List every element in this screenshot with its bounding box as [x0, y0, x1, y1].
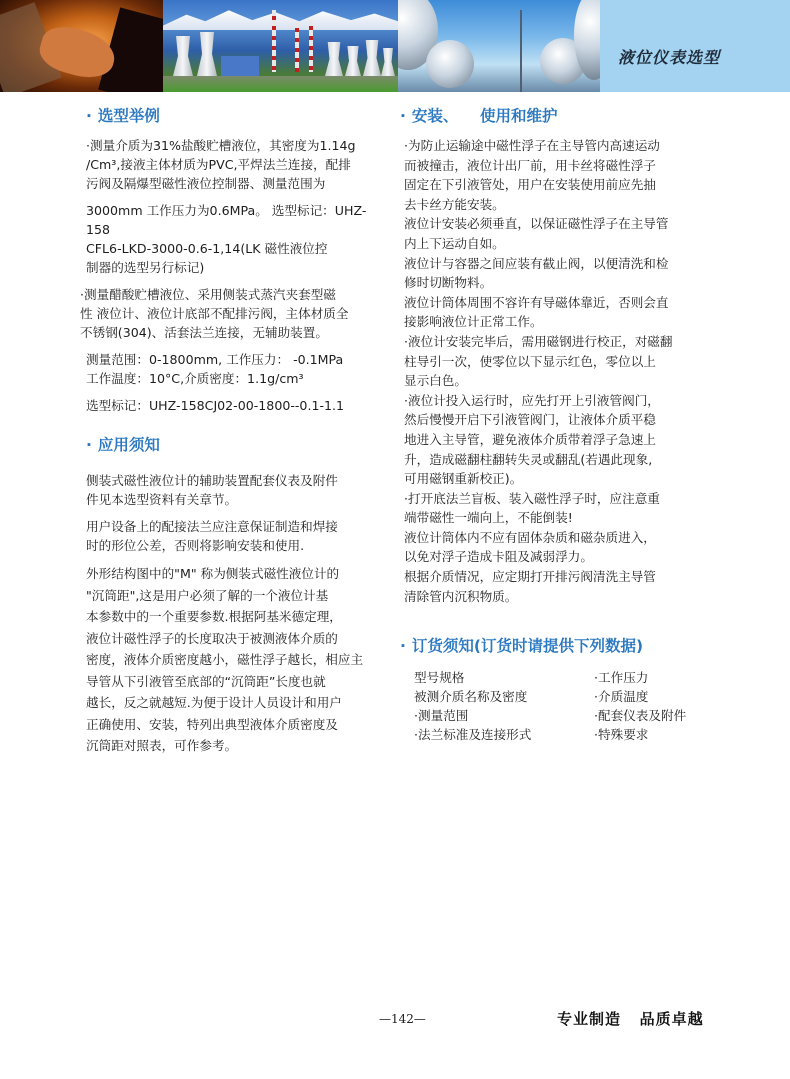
page-category-title: 液位仪表选型	[618, 45, 720, 68]
section-title-ordering-info: ·订货须知(订货时请提供下列数据)	[400, 634, 704, 658]
order-item: ·配套仪表及附件	[594, 706, 714, 725]
order-item: ·法兰标准及连接形式	[414, 725, 594, 744]
footer-slogan: 专业制造 品质卓越	[557, 1008, 704, 1029]
handshake-photo	[0, 0, 163, 92]
left-column: ·选型举例 ·测量介质为31%盐酸贮槽液位，其密度为1.14g /Cm³,接液主…	[86, 104, 378, 757]
section-title-application-notes: ·应用须知	[86, 433, 378, 457]
section-title-selection-examples: ·选型举例	[86, 104, 378, 128]
example-1: ·测量介质为31%盐酸贮槽液位，其密度为1.14g /Cm³,接液主体材质为PV…	[86, 136, 378, 277]
order-item: ·特殊要求	[594, 725, 714, 744]
order-item: ·介质温度	[594, 687, 714, 706]
application-para-2: 用户设备上的配接法兰应注意保证制造和焊接 时的形位公差，否则将影响安装和使用.	[86, 517, 378, 555]
right-column: ·安装、 使用和维护 ·为防止运输途中磁性浮子在主导管内高速运动 而被撞击，液位…	[404, 104, 704, 744]
page-number: —142—	[379, 1012, 426, 1026]
power-plant-photo	[163, 0, 398, 92]
order-item: ·测量范围	[414, 706, 594, 725]
order-item: 型号规格	[414, 668, 594, 687]
application-para-3: 外形结构图中的"M" 称为侧装式磁性液位计的 "沉筒距",这是用户必须了解的一个…	[86, 563, 378, 757]
storage-tanks-photo	[398, 0, 600, 92]
application-para-1: 侧装式磁性液位计的辅助装置配套仪表及附件 件见本选型资料有关章节。	[86, 471, 378, 509]
section-title-installation: ·安装、 使用和维护	[400, 104, 704, 128]
ordering-items: 型号规格 ·工作压力 被测介质名称及密度 ·介质温度 ·测量范围 ·配套仪表及附…	[404, 668, 704, 744]
example-2-model: 选型标记：UHZ-158CJ02-00-1800--0.1-1.1	[86, 396, 378, 415]
installation-list: ·为防止运输途中磁性浮子在主导管内高速运动 而被撞击，液位计出厂前，用卡丝将磁性…	[404, 136, 704, 606]
example-2-specs: 测量范围：0-1800mm, 工作压力： -0.1MPa 工作温度：10°C,介…	[80, 350, 378, 415]
order-item: ·工作压力	[594, 668, 714, 687]
order-item: 被测介质名称及密度	[414, 687, 594, 706]
example-2: ·测量醋酸贮槽液位、采用侧装式蒸汽夹套型磁 性 液位计、液位计底部不配排污阀，主…	[80, 285, 378, 415]
